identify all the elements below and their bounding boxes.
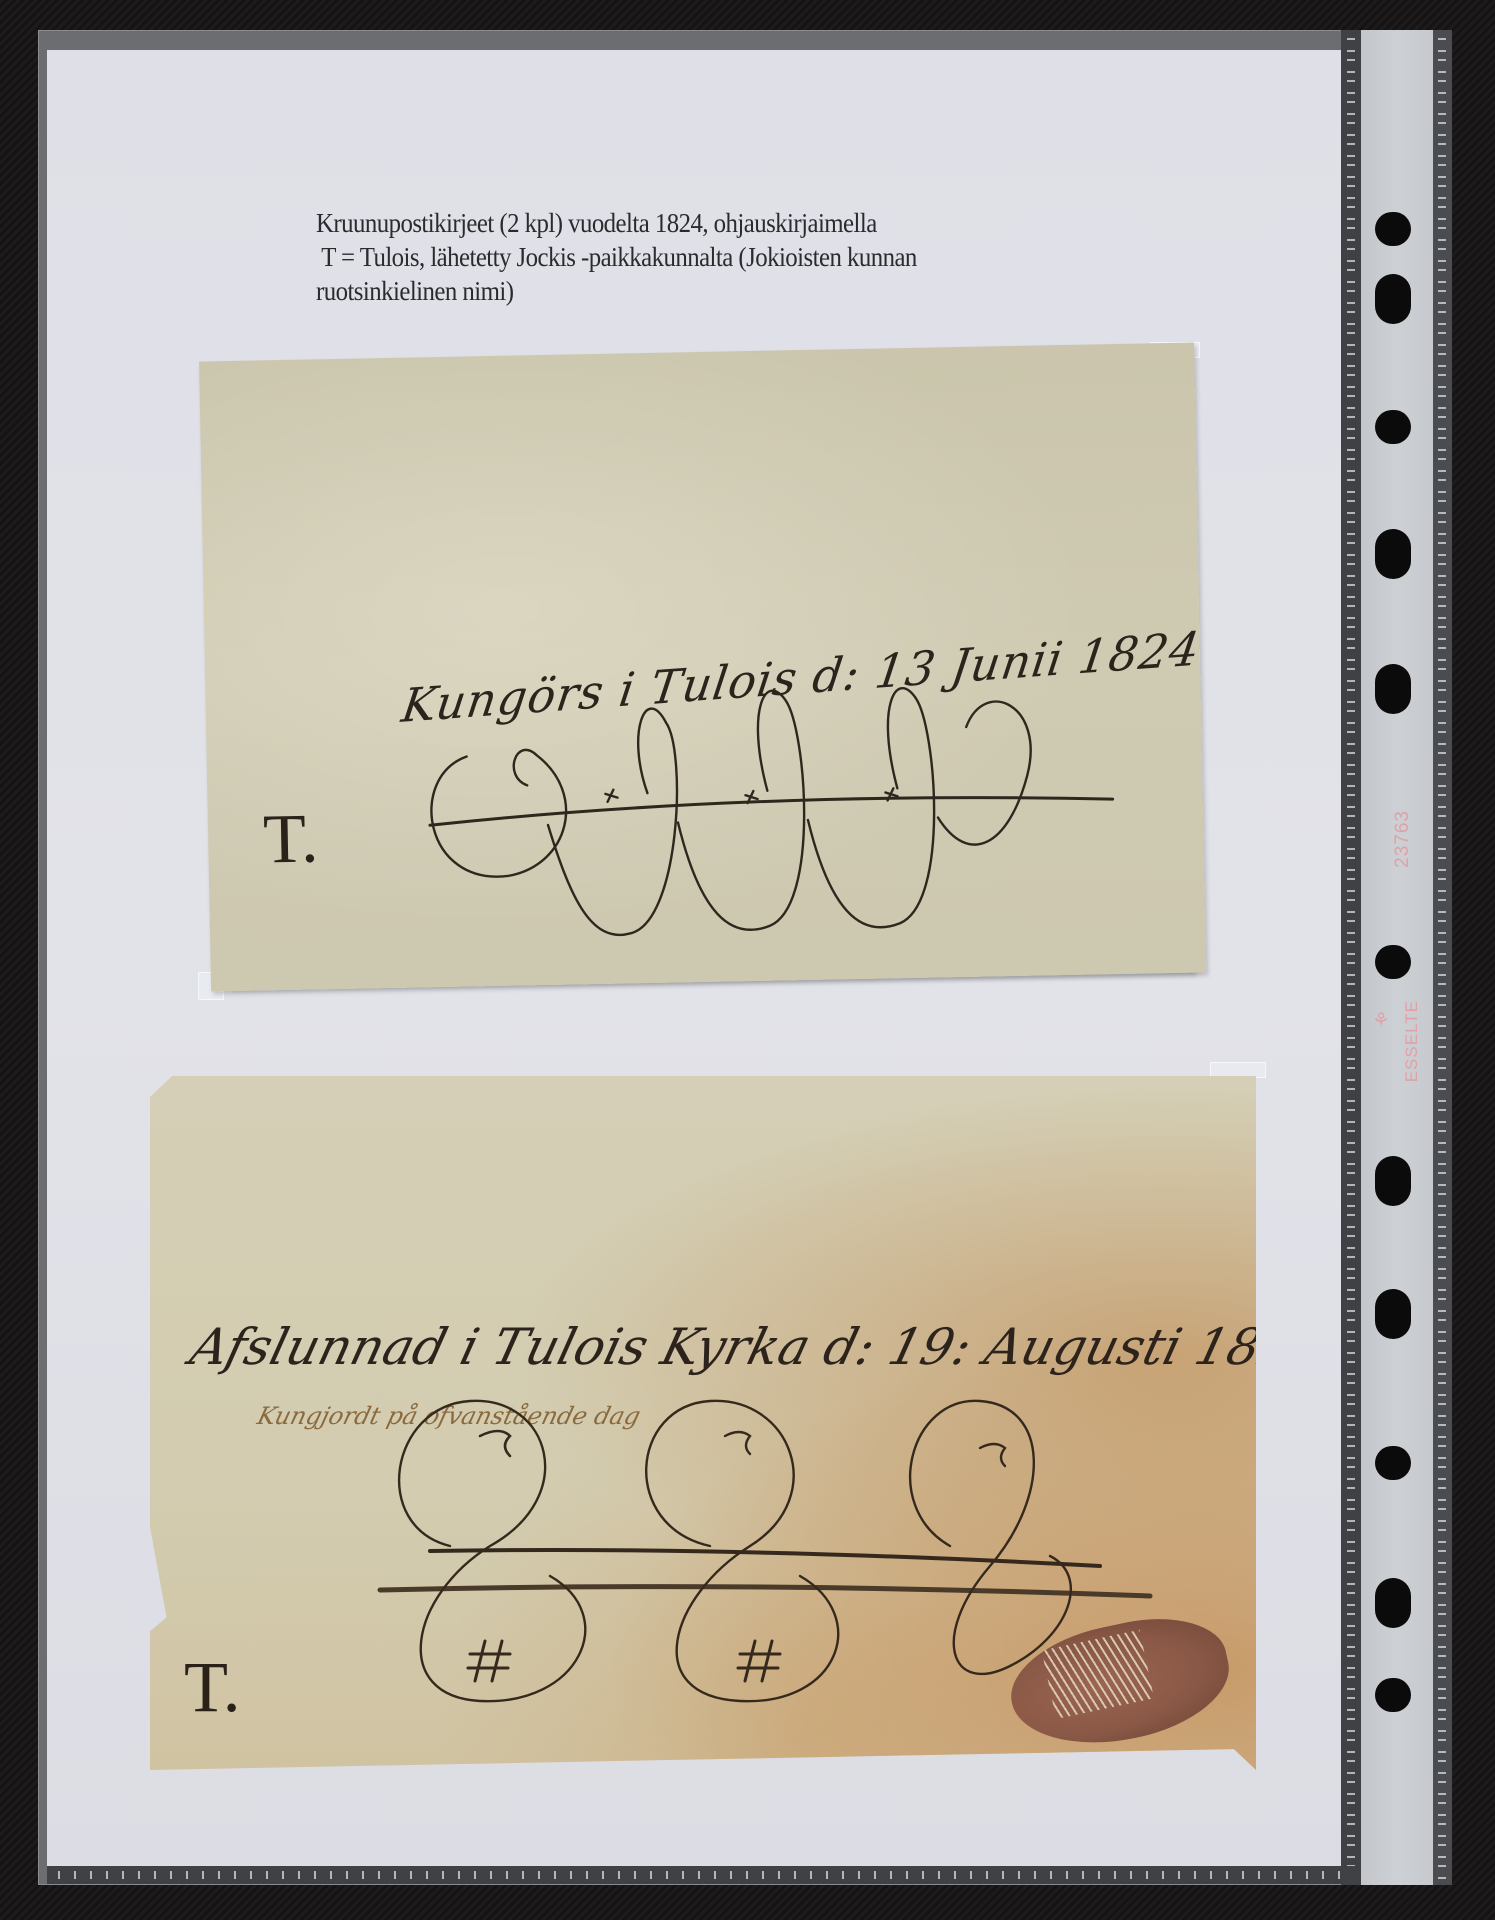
strip-number-mark: 23763 (1392, 810, 1414, 868)
page-caption: Kruunupostikirjeet (2 kpl) vuodelta 1824… (316, 206, 1144, 308)
mount-corner (1210, 1062, 1266, 1078)
binder-hole (1375, 212, 1411, 246)
caption-line-2: T = Tulois, lähetetty Jockis -paikkakunn… (316, 240, 1144, 274)
binder-hole (1375, 1678, 1411, 1712)
seam-perforation-bottom (52, 1871, 1352, 1879)
brand-logo-icon: ⚘ (1372, 1008, 1390, 1033)
binder-hole (1375, 1156, 1411, 1206)
binder-hole (1375, 1289, 1411, 1339)
binder-hole (1375, 664, 1411, 714)
seam-perforation (1347, 34, 1355, 1882)
binder-hole (1375, 945, 1411, 979)
binder-hole (1375, 274, 1411, 324)
binder-hole (1375, 1578, 1411, 1628)
binder-hole (1375, 410, 1411, 444)
caption-line-3: ruotsinkielinen nimi) (316, 274, 1144, 308)
caption-line-1: Kruunupostikirjeet (2 kpl) vuodelta 1824… (316, 206, 1144, 240)
binder-hole (1375, 1446, 1411, 1480)
letter-1-flourish-icon (199, 343, 1206, 992)
binder-hole (1375, 529, 1411, 579)
seam-perforation-outer (1438, 34, 1446, 1882)
letter-1: Kungörs i Tulois d: 13 Junii 1824 T. (199, 343, 1206, 992)
strip-brand-mark: ESSELTE (1402, 1000, 1422, 1082)
